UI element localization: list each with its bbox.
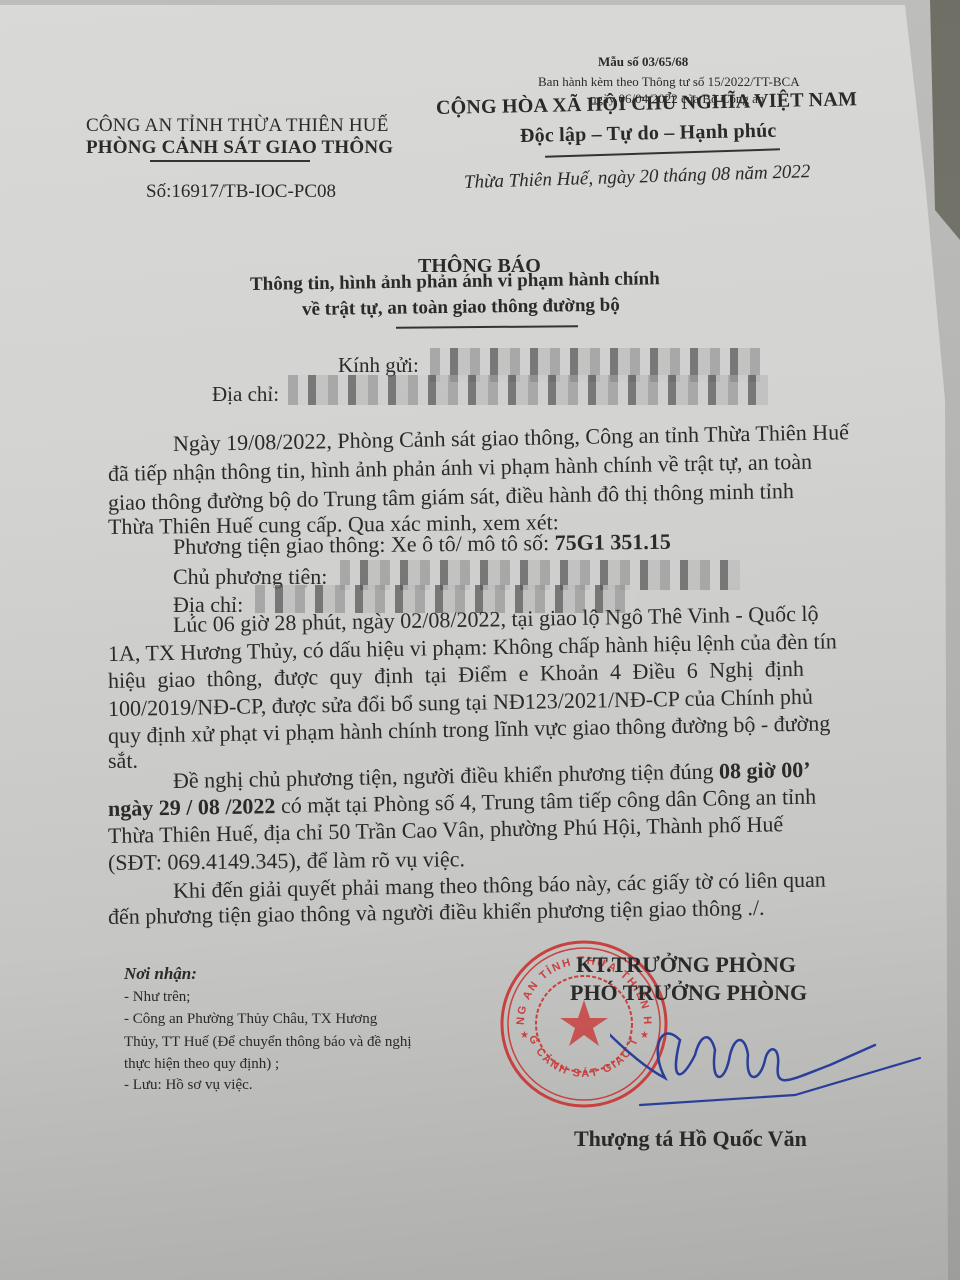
address-redacted: [288, 375, 768, 405]
form-code: Mẫu số 03/65/68: [598, 55, 688, 68]
recipient-item-2: - Công an Phường Thủy Châu, TX Hương: [124, 1012, 377, 1027]
request-line-4: (SĐT: 069.4149.345), để làm rõ vụ việc.: [108, 848, 465, 874]
svg-text:★: ★: [520, 1030, 529, 1041]
document-number: Số:16917/TB-IOC-PC08: [146, 182, 336, 201]
signer-name: Thượng tá Hồ Quốc Văn: [574, 1128, 807, 1150]
signature-icon: [610, 1010, 930, 1120]
agency-line2: PHÒNG CẢNH SÁT GIAO THÔNG: [86, 138, 393, 157]
request-time: 08 giờ 00’: [719, 757, 811, 784]
request-date: ngày 29 / 08 /2022: [108, 793, 276, 821]
signer-title-2: PHÓ TRƯỞNG PHÒNG: [570, 982, 807, 1004]
nation-line2: Độc lập – Tự do – Hạnh phúc: [520, 121, 777, 146]
violation-line-6: sắt.: [108, 750, 138, 772]
agency-underline: [150, 160, 310, 162]
recipient-item-5: - Lưu: Hồ sơ vụ việc.: [124, 1078, 253, 1093]
agency-line1: CÔNG AN TỈNH THỪA THIÊN HUẾ: [86, 116, 389, 135]
vehicle-plate: 75G1 351.15: [555, 529, 671, 555]
signer-title-1: KT.TRƯỞNG PHÒNG: [576, 954, 796, 976]
recipient-label: Kính gửi:: [338, 355, 419, 376]
recipients-heading: Nơi nhận:: [124, 965, 197, 982]
subtitle-line2: về trật tự, an toàn giao thông đường bộ: [302, 296, 620, 319]
recipient-item-3: Thủy, TT Huế (Để chuyển thông báo và đề …: [124, 1035, 412, 1050]
recipient-item-4: thực hiện theo quy định) ;: [124, 1057, 279, 1072]
form-issued-line1: Ban hành kèm theo Thông tư số 15/2022/TT…: [538, 75, 800, 88]
vehicle-label: Phương tiện giao thông: Xe ô tô/ mô tô s…: [173, 530, 555, 559]
address-label: Địa chỉ:: [212, 384, 279, 405]
vehicle-line: Phương tiện giao thông: Xe ô tô/ mô tô s…: [173, 531, 671, 558]
recipient-item-1: - Như trên;: [124, 990, 190, 1005]
